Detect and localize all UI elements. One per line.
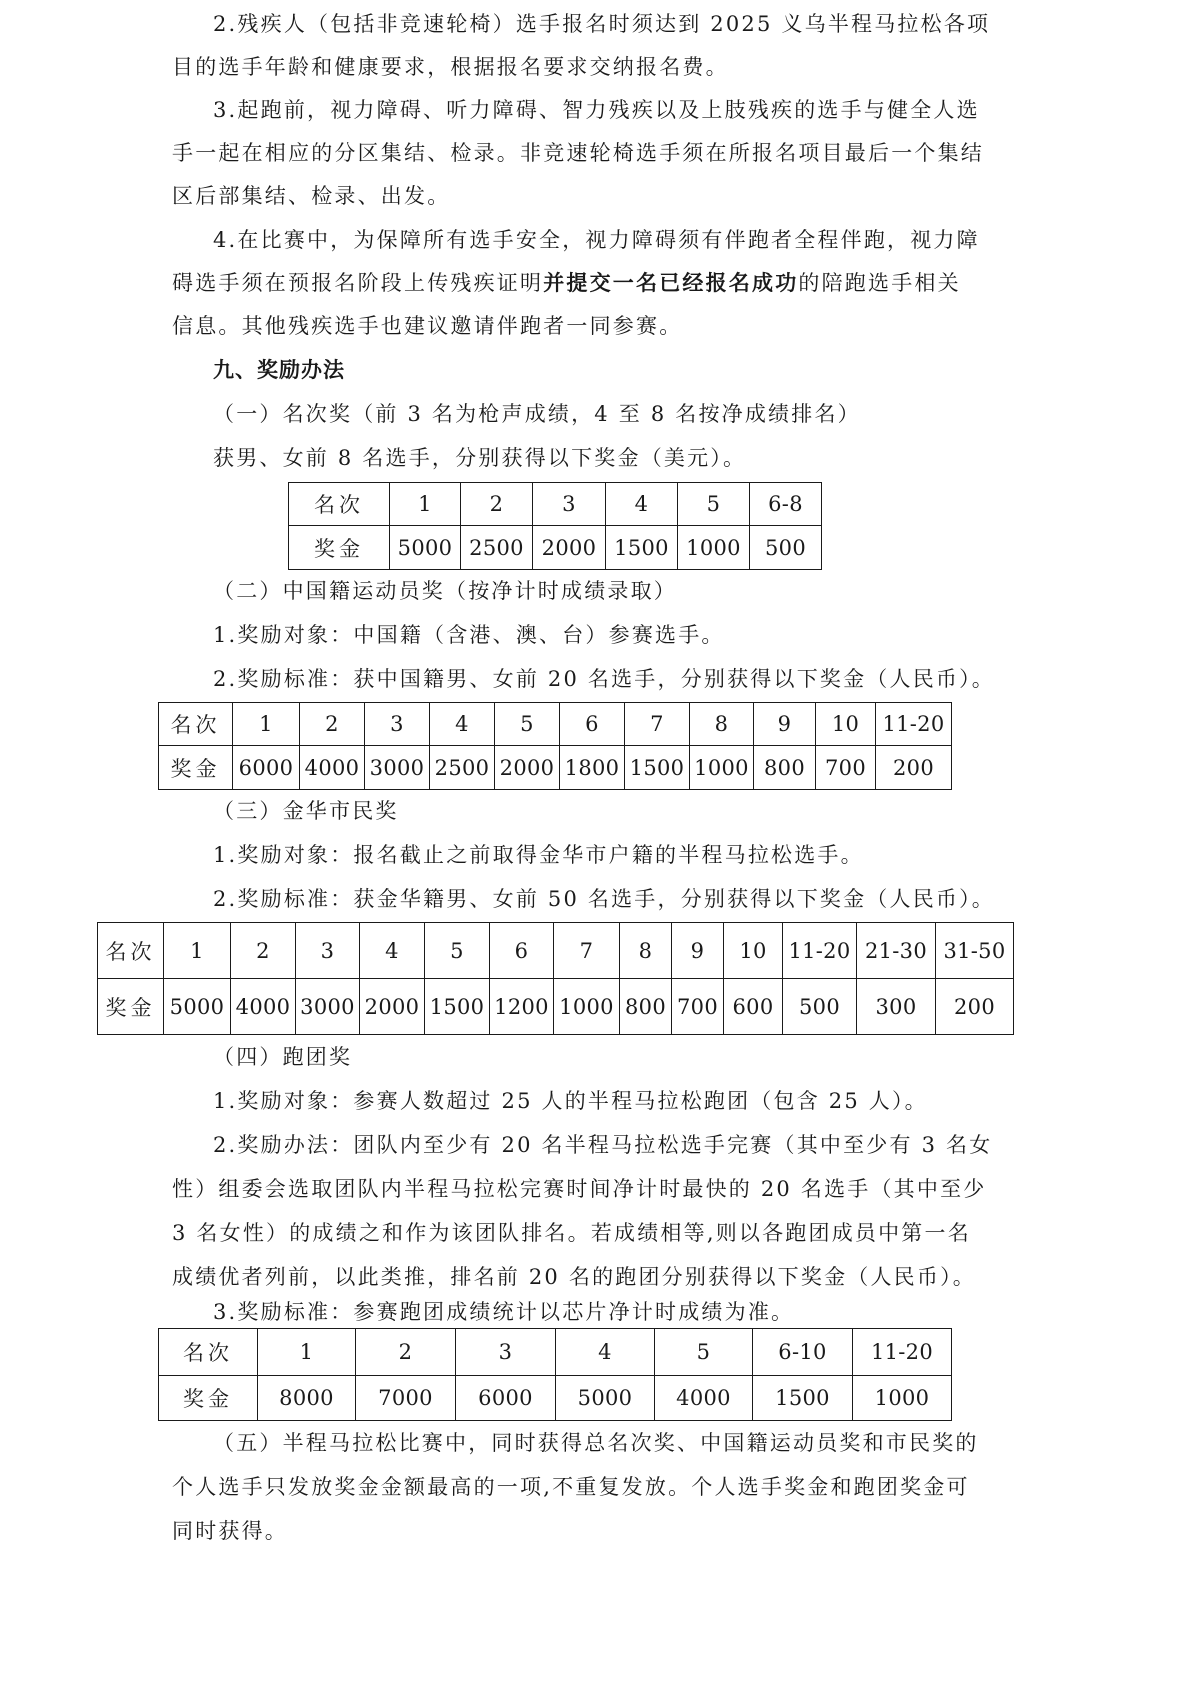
award-4-rank-row: 名次 1 2 3 4 5 6-10 11-20 (159, 1329, 952, 1376)
amount-cell: 1000 (853, 1376, 952, 1421)
award-2-rank-row: 名次 1 2 3 4 5 6 7 8 9 10 11-20 (159, 703, 952, 746)
rank-cell: 8 (620, 923, 672, 979)
amount-cell: 5000 (164, 979, 231, 1035)
award-2-target: 1.奖励对象：中国籍（含港、澳、台）参赛选手。 (213, 621, 725, 649)
amount-label-cell: 奖金 (289, 526, 390, 570)
amount-label-cell: 奖金 (98, 979, 164, 1035)
amount-cell: 5000 (556, 1376, 655, 1421)
award-5-line-3: 同时获得。 (172, 1517, 288, 1545)
rank-cell: 10 (724, 923, 783, 979)
amount-cell: 5000 (390, 526, 461, 570)
award-5-line-1: （五）半程马拉松比赛中，同时获得总名次奖、中国籍运动员奖和市民奖的 (213, 1429, 979, 1457)
rank-cell: 5 (425, 923, 490, 979)
rank-cell: 4 (430, 703, 495, 746)
award-3-amount-row: 奖金 5000 4000 3000 2000 1500 1200 1000 80… (98, 979, 1014, 1035)
rank-cell: 1 (233, 703, 300, 746)
award-4-target: 1.奖励对象：参赛人数超过 25 人的半程马拉松跑团（包含 25 人）。 (213, 1087, 928, 1115)
amount-cell: 1500 (753, 1376, 853, 1421)
rank-label-cell: 名次 (159, 703, 233, 746)
amount-cell: 3000 (365, 746, 430, 790)
amount-cell: 700 (672, 979, 724, 1035)
paragraph-4-line-3: 信息。其他残疾选手也建议邀请伴跑者一同参赛。 (172, 312, 682, 340)
award-4-method-line-1: 2.奖励办法：团队内至少有 20 名半程马拉松选手完赛（其中至少有 3 名女 (213, 1131, 992, 1159)
amount-cell: 200 (876, 746, 952, 790)
award-1-intro: 获男、女前 8 名选手，分别获得以下奖金（美元）。 (213, 444, 746, 472)
award-1-prize-table: 名次 1 2 3 4 5 6-8 奖金 5000 2500 2000 1500 … (288, 482, 822, 570)
amount-cell: 800 (620, 979, 672, 1035)
rank-cell: 6-10 (753, 1329, 853, 1376)
award-4-standard: 3.奖励标准：参赛跑团成绩统计以芯片净计时成绩为准。 (213, 1298, 794, 1326)
amount-cell: 3000 (296, 979, 360, 1035)
amount-cell: 4000 (231, 979, 296, 1035)
rank-cell: 4 (606, 483, 678, 526)
amount-cell: 2000 (360, 979, 425, 1035)
amount-cell: 7000 (356, 1376, 456, 1421)
amount-cell: 300 (857, 979, 936, 1035)
amount-cell: 6000 (233, 746, 300, 790)
award-3-rank-row: 名次 1 2 3 4 5 6 7 8 9 10 11-20 21-30 31-5… (98, 923, 1014, 979)
rank-cell: 5 (655, 1329, 753, 1376)
rank-cell: 2 (461, 483, 533, 526)
rank-cell: 6 (490, 923, 554, 979)
rank-cell: 11-20 (853, 1329, 952, 1376)
amount-cell: 600 (724, 979, 783, 1035)
rank-label-cell: 名次 (159, 1329, 258, 1376)
amount-cell: 1000 (678, 526, 750, 570)
paragraph-2-line-1: 2.残疾人（包括非竞速轮椅）选手报名时须达到 2025 义乌半程马拉松各项 (213, 10, 990, 38)
award-2-prize-table: 名次 1 2 3 4 5 6 7 8 9 10 11-20 奖金 6000 40… (158, 702, 952, 790)
rank-cell: 3 (533, 483, 606, 526)
rank-cell: 9 (754, 703, 816, 746)
paragraph-4-text-a: 碍选手须在预报名阶段上传残疾证明 (172, 271, 543, 295)
paragraph-4-bold-text: 并提交一名已经报名成功 (543, 270, 798, 295)
amount-cell: 2500 (461, 526, 533, 570)
amount-cell: 4000 (300, 746, 365, 790)
rank-cell: 11-20 (876, 703, 952, 746)
rank-cell: 10 (816, 703, 876, 746)
rank-cell: 11-20 (783, 923, 857, 979)
award-3-target: 1.奖励对象：报名截止之前取得金华市户籍的半程马拉松选手。 (213, 841, 864, 869)
paragraph-3-line-3: 区后部集结、检录、出发。 (172, 182, 450, 210)
paragraph-2-line-2: 目的选手年龄和健康要求，根据报名要求交纳报名费。 (172, 53, 729, 81)
rank-cell: 3 (365, 703, 430, 746)
rank-cell: 7 (554, 923, 620, 979)
amount-cell: 1200 (490, 979, 554, 1035)
award-3-standard: 2.奖励标准：获金华籍男、女前 50 名选手，分别获得以下奖金（人民币）。 (213, 885, 995, 913)
rank-cell: 2 (231, 923, 296, 979)
rank-cell: 6-8 (750, 483, 822, 526)
award-2-amount-row: 奖金 6000 4000 3000 2500 2000 1800 1500 10… (159, 746, 952, 790)
award-4-method-line-3: 3 名女性）的成绩之和作为该团队排名。若成绩相等,则以各跑团成员中第一名 (172, 1219, 971, 1247)
amount-label-cell: 奖金 (159, 746, 233, 790)
rank-cell: 5 (678, 483, 750, 526)
section-heading: 九、奖励办法 (213, 356, 345, 384)
rank-cell: 8 (690, 703, 754, 746)
amount-cell: 8000 (258, 1376, 356, 1421)
rank-cell: 4 (556, 1329, 655, 1376)
rank-cell: 2 (300, 703, 365, 746)
award-4-method-line-2: 性）组委会选取团队内半程马拉松完赛时间净计时最快的 20 名选手（其中至少 (172, 1175, 986, 1203)
amount-cell: 800 (754, 746, 816, 790)
rank-cell: 2 (356, 1329, 456, 1376)
rank-cell: 9 (672, 923, 724, 979)
amount-cell: 1500 (606, 526, 678, 570)
rank-cell: 7 (625, 703, 690, 746)
paragraph-3-line-2: 手一起在相应的分区集结、检录。非竞速轮椅选手须在所报名项目最后一个集结 (172, 139, 984, 167)
rank-cell: 1 (258, 1329, 356, 1376)
amount-cell: 700 (816, 746, 876, 790)
award-5-line-2: 个人选手只发放奖金金额最高的一项,不重复发放。个人选手奖金和跑团奖金可 (172, 1473, 970, 1501)
rank-cell: 21-30 (857, 923, 936, 979)
rank-cell: 4 (360, 923, 425, 979)
award-2-title: （二）中国籍运动员奖（按净计时成绩录取） (213, 577, 677, 605)
award-4-method-line-4: 成绩优者列前，以此类推，排名前 20 名的跑团分别获得以下奖金（人民币）。 (172, 1263, 976, 1291)
rank-cell: 1 (164, 923, 231, 979)
award-2-standard: 2.奖励标准：获中国籍男、女前 20 名选手，分别获得以下奖金（人民币）。 (213, 665, 995, 693)
award-1-amount-row: 奖金 5000 2500 2000 1500 1000 500 (289, 526, 822, 570)
amount-cell: 2500 (430, 746, 495, 790)
paragraph-3-line-1: 3.起跑前，视力障碍、听力障碍、智力残疾以及上肢残疾的选手与健全人选 (213, 96, 980, 124)
rank-cell: 3 (296, 923, 360, 979)
rank-cell: 3 (456, 1329, 556, 1376)
award-1-title: （一）名次奖（前 3 名为枪声成绩，4 至 8 名按净成绩排名） (213, 400, 861, 428)
rank-cell: 31-50 (936, 923, 1014, 979)
amount-cell: 1500 (425, 979, 490, 1035)
award-3-prize-table: 名次 1 2 3 4 5 6 7 8 9 10 11-20 21-30 31-5… (97, 922, 1014, 1035)
amount-cell: 1800 (560, 746, 625, 790)
amount-cell: 4000 (655, 1376, 753, 1421)
rank-label-cell: 名次 (289, 483, 390, 526)
amount-cell: 500 (750, 526, 822, 570)
amount-cell: 2000 (495, 746, 560, 790)
award-3-title: （三）金华市民奖 (213, 797, 399, 825)
amount-cell: 1500 (625, 746, 690, 790)
paragraph-4-line-1: 4.在比赛中，为保障所有选手安全，视力障碍须有伴跑者全程伴跑，视力障 (213, 226, 980, 254)
amount-cell: 2000 (533, 526, 606, 570)
amount-cell: 500 (783, 979, 857, 1035)
award-4-title: （四）跑团奖 (213, 1043, 352, 1071)
award-4-prize-table: 名次 1 2 3 4 5 6-10 11-20 奖金 8000 7000 600… (158, 1328, 952, 1421)
rank-cell: 1 (390, 483, 461, 526)
rank-cell: 5 (495, 703, 560, 746)
award-4-amount-row: 奖金 8000 7000 6000 5000 4000 1500 1000 (159, 1376, 952, 1421)
paragraph-4-line-2: 碍选手须在预报名阶段上传残疾证明并提交一名已经报名成功的陪跑选手相关 (172, 269, 961, 297)
rank-label-cell: 名次 (98, 923, 164, 979)
rank-cell: 6 (560, 703, 625, 746)
amount-cell: 200 (936, 979, 1014, 1035)
award-1-rank-row: 名次 1 2 3 4 5 6-8 (289, 483, 822, 526)
amount-label-cell: 奖金 (159, 1376, 258, 1421)
amount-cell: 6000 (456, 1376, 556, 1421)
amount-cell: 1000 (690, 746, 754, 790)
paragraph-4-text-b: 的陪跑选手相关 (798, 271, 960, 295)
amount-cell: 1000 (554, 979, 620, 1035)
